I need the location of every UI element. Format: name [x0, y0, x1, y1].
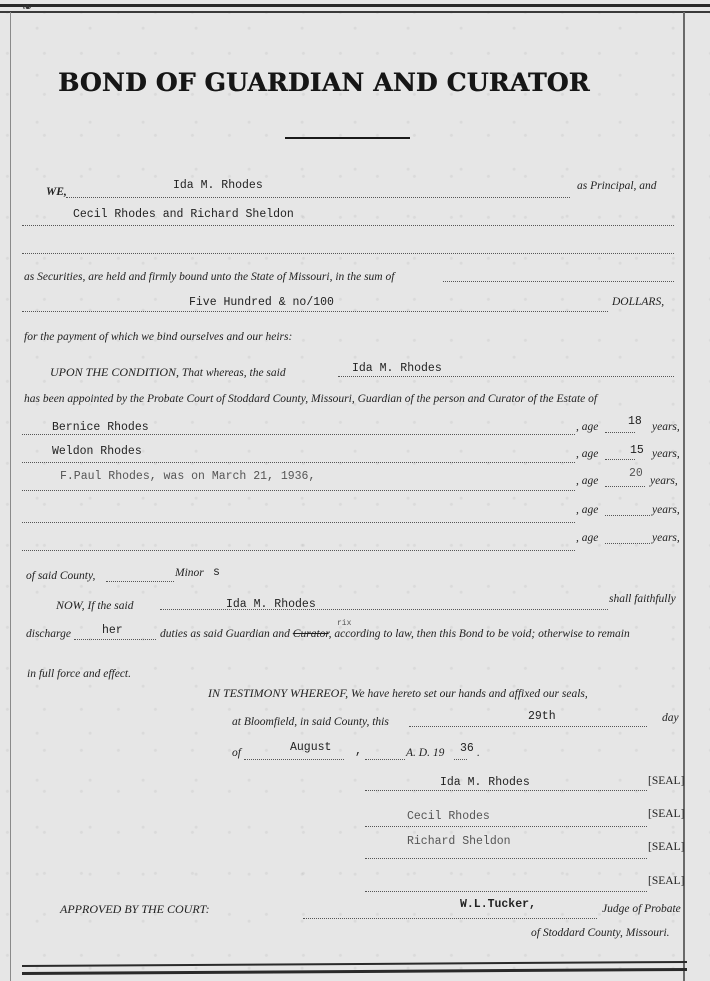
age-line-4: [605, 515, 650, 516]
full-force-text: in full force and effect.: [27, 668, 131, 680]
seal-label-1: [SEAL]: [648, 775, 684, 787]
age-label-5: , age: [576, 532, 598, 544]
securities-line-1: [22, 225, 674, 226]
document-page: ❧ BOND OF GUARDIAN AND CURATOR WE, Ida M…: [0, 0, 710, 981]
top-border-rule-inner: [0, 11, 710, 13]
judge-name: W.L.Tucker,: [460, 898, 536, 911]
years-label-2: years,: [652, 448, 680, 460]
duties-text-1: duties as said Guardian and: [160, 628, 290, 640]
principal-line: [66, 197, 570, 198]
as-principal-label: as Principal, and: [577, 180, 657, 192]
bottom-border-rule-thick: [22, 968, 687, 975]
judge-title: Judge of Probate: [602, 903, 681, 915]
signature-line-1: [365, 790, 647, 791]
years-label-5: years,: [652, 532, 680, 544]
title-underline: [285, 137, 410, 139]
years-label-3: years,: [650, 475, 678, 487]
minor-age-3: 20: [629, 467, 643, 480]
appointment-clause: has been appointed by the Probate Court …: [24, 393, 597, 405]
age-line-2: [605, 459, 635, 460]
corner-ornament-icon: ❧: [22, 0, 32, 14]
amount-line: [22, 311, 608, 312]
age-label-1: , age: [576, 421, 598, 433]
ad-label: A. D. 19: [406, 747, 444, 759]
seal-label-2: [SEAL]: [648, 808, 684, 820]
signer-1: Ida M. Rhodes: [440, 776, 530, 789]
minor-line-2: [22, 462, 575, 463]
seal-label-3: [SEAL]: [648, 841, 684, 853]
now-label: NOW,: [56, 598, 85, 612]
minor-line-5: [22, 550, 575, 551]
day-line: [409, 726, 647, 727]
month-line: [244, 759, 344, 760]
years-label-4: years,: [652, 504, 680, 516]
condition-text: That whereas, the said: [182, 367, 286, 379]
securities-clause: as Securities, are held and firmly bound…: [24, 271, 394, 283]
minor-age-1: 18: [628, 415, 642, 428]
day-value: 29th: [528, 710, 556, 723]
signature-line-4: [365, 891, 647, 892]
year-value: 36: [460, 742, 474, 755]
judge-county: of Stoddard County, Missouri.: [531, 927, 670, 939]
years-label-1: years,: [652, 421, 680, 433]
day-label: day: [662, 712, 679, 724]
county-line: [106, 581, 174, 582]
duties-text-2: , according to law, then this Bond to be…: [329, 628, 630, 640]
principal-name: Ida M. Rhodes: [173, 179, 263, 192]
payment-clause: for the payment of which we bind ourselv…: [24, 331, 292, 343]
age-label-3: , age: [576, 475, 598, 487]
securities-names: Cecil Rhodes and Richard Sheldon: [73, 208, 294, 221]
signer-3: Richard Sheldon: [407, 835, 511, 848]
of-label: of: [232, 747, 241, 759]
age-label-4: , age: [576, 504, 598, 516]
minor-name-2: Weldon Rhodes: [52, 445, 142, 458]
curator-word: Curator: [293, 628, 329, 640]
pronoun: her: [102, 624, 123, 637]
dollars-label: DOLLARS,: [612, 296, 664, 308]
right-border: [683, 12, 685, 981]
date-comma: ,: [355, 745, 362, 758]
ad-line: [365, 759, 405, 760]
age-line-1: [605, 432, 635, 433]
age-label-2: , age: [576, 448, 598, 460]
seal-label-4: [SEAL]: [648, 875, 684, 887]
if-text: If the said: [87, 600, 133, 612]
minor-line-4: [22, 522, 575, 523]
signer-2: Cecil Rhodes: [407, 810, 490, 823]
year-period: .: [477, 747, 480, 759]
judge-line: [303, 918, 597, 919]
pronoun-line: [74, 639, 156, 640]
county-label: of said County,: [26, 570, 95, 582]
minor-name-1: Bernice Rhodes: [52, 421, 149, 434]
minor-label: Minor: [175, 567, 204, 579]
minor-age-2: 15: [630, 444, 644, 457]
bottom-border-rule: [22, 961, 687, 967]
now-name: Ida M. Rhodes: [226, 598, 316, 611]
document-title: BOND OF GUARDIAN AND CURATOR: [58, 68, 638, 97]
age-line-5: [605, 543, 650, 544]
minor-name-3: F.Paul Rhodes, was on March 21, 1936,: [60, 470, 315, 483]
sum-line: [443, 281, 674, 282]
place-text: at Bloomfield, in said County, this: [232, 716, 389, 728]
testimony-label: IN TESTIMONY WHEREOF,: [208, 686, 348, 700]
guardian-line: [338, 376, 674, 377]
discharge-label: discharge: [26, 628, 71, 640]
condition-label: UPON THE CONDITION,: [50, 365, 179, 379]
securities-line-2: [22, 253, 674, 254]
bond-amount: Five Hundred & no/100: [189, 296, 334, 309]
we-label: WE,: [46, 186, 67, 198]
faithfully-label: shall faithfully: [609, 593, 676, 605]
signature-line-3: [365, 858, 647, 859]
testimony-text: We have hereto set our hands and affixed…: [351, 688, 588, 700]
minor-line-3: [22, 490, 575, 491]
left-border: [10, 12, 11, 981]
signature-line-2: [365, 826, 647, 827]
minor-suffix: s: [213, 566, 220, 579]
guardian-name: Ida M. Rhodes: [352, 362, 442, 375]
month-value: August: [290, 741, 331, 754]
curator-correction: rix: [337, 619, 351, 628]
minor-line-1: [22, 434, 575, 435]
year-line: [454, 759, 467, 760]
top-border-rule: [0, 4, 710, 7]
age-line-3: [605, 486, 645, 487]
approved-label: APPROVED BY THE COURT:: [60, 902, 210, 917]
